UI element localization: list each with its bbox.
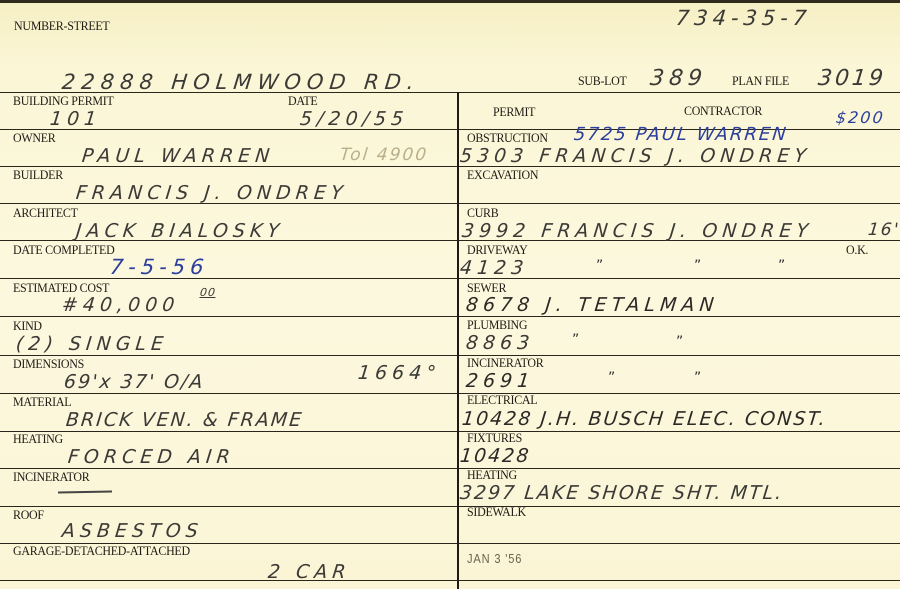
number-street-label: NUMBER-STREET <box>14 18 109 34</box>
sewer-value: 8678 J. TETALMAN <box>465 294 720 316</box>
material-label: MATERIAL <box>13 394 71 410</box>
plan-file-value: 3019 <box>817 66 888 91</box>
driveway-label: DRIVEWAY <box>467 242 527 258</box>
obstruction-amount: $200 <box>835 108 886 127</box>
kind-value: (2) SINGLE <box>15 333 169 355</box>
driveway-value: 4123 <box>459 257 530 279</box>
rule <box>0 468 900 469</box>
ditto-mark: ” <box>676 334 683 350</box>
date-completed-label: DATE COMPLETED <box>13 242 114 258</box>
heating-right-label: HEATING <box>467 467 517 483</box>
file-number: 734-35-7 <box>675 6 813 30</box>
rule <box>0 316 900 317</box>
electrical-value: 10428 J.H. BUSCH ELEC. CONST. <box>461 408 828 430</box>
dimensions-label: DIMENSIONS <box>13 356 84 372</box>
owner-value: PAUL WARREN <box>81 145 276 167</box>
estimated-cost-value: #40,000 <box>61 294 181 316</box>
ditto-mark: ” <box>694 258 701 274</box>
permit-card: NUMBER-STREET 734-35-7 22888 HOLMWOOD RD… <box>0 0 900 589</box>
curb-label: CURB <box>467 205 498 221</box>
heating-right-value: 3297 LAKE SHORE SHT. MTL. <box>459 482 785 504</box>
rule <box>0 92 900 93</box>
excavation-label: EXCAVATION <box>467 167 538 183</box>
ditto-mark: ” <box>596 258 603 274</box>
obstruction-label: OBSTRUCTION <box>467 130 548 146</box>
electrical-label: ELECTRICAL <box>467 392 537 408</box>
heating-label: HEATING <box>13 431 63 447</box>
incinerator-label: INCINERATOR <box>13 469 89 485</box>
heating-value: FORCED AIR <box>67 446 236 468</box>
incinerator-right-label: INCINERATOR <box>467 355 543 371</box>
builder-label: BUILDER <box>13 167 63 183</box>
owner-note: Tol 4900 <box>339 145 429 165</box>
rule <box>0 580 900 581</box>
ditto-mark: ” <box>572 332 579 348</box>
plan-file-label: PLAN FILE <box>732 73 789 89</box>
fixtures-label: FIXTURES <box>467 430 522 446</box>
architect-value: JACK BIALOSKY <box>75 220 285 242</box>
garage-value: 2 CAR <box>267 561 352 583</box>
garage-label: GARAGE-DETACHED-ATTACHED <box>13 543 190 559</box>
sub-lot-label: SUB-LOT <box>578 73 627 89</box>
sidewalk-label: SIDEWALK <box>467 504 526 520</box>
rule <box>0 506 900 507</box>
kind-label: KIND <box>13 318 42 334</box>
date-value: 5/20/55 <box>299 108 410 130</box>
plumbing-label: PLUMBING <box>467 317 527 333</box>
permit-header: PERMIT <box>493 104 535 120</box>
driveway-ok: O.K. <box>846 242 868 258</box>
rule <box>0 355 900 356</box>
plumbing-value: 8863 <box>465 332 536 354</box>
date-label: DATE <box>288 93 317 109</box>
estimated-cost-cents: 00 <box>199 286 216 299</box>
sub-lot-value: 389 <box>649 66 709 91</box>
building-permit-label: BUILDING PERMIT <box>13 93 114 109</box>
obstruction-value: 5725 PAUL WARREN <box>573 124 789 145</box>
address-value: 22888 HOLMWOOD RD. <box>61 70 421 94</box>
incinerator-dash <box>58 491 112 494</box>
roof-label: ROOF <box>13 507 44 523</box>
incinerator-right-value: 2691 <box>465 370 536 392</box>
rule <box>0 431 900 432</box>
fixtures-value: 10428 <box>459 445 532 467</box>
curb-value: 3992 FRANCIS J. ONDREY <box>461 220 814 242</box>
area-value: 1664° <box>357 362 442 384</box>
ditto-mark: ” <box>608 370 615 386</box>
date-completed-value: 7-5-56 <box>109 255 210 279</box>
builder-value: FRANCIS J. ONDREY <box>75 182 349 204</box>
owner-label: OWNER <box>13 130 55 146</box>
ditto-mark: ” <box>694 370 701 386</box>
contractor-header: CONTRACTOR <box>684 103 762 119</box>
curb-length: 16' <box>867 220 900 240</box>
architect-label: ARCHITECT <box>13 205 78 221</box>
rule <box>0 393 900 394</box>
obstruction-value-2: 5303 FRANCIS J. ONDREY <box>459 145 812 167</box>
building-permit-value: 101 <box>49 108 103 130</box>
ditto-mark: ” <box>778 258 785 274</box>
card-top-edge <box>0 0 900 3</box>
roof-value: ASBESTOS <box>61 520 204 542</box>
material-value: BRICK VEN. & FRAME <box>65 409 305 431</box>
dimensions-value: 69'x 37' O/A <box>63 371 206 393</box>
date-stamp: JAN 3 '56 <box>467 551 522 566</box>
